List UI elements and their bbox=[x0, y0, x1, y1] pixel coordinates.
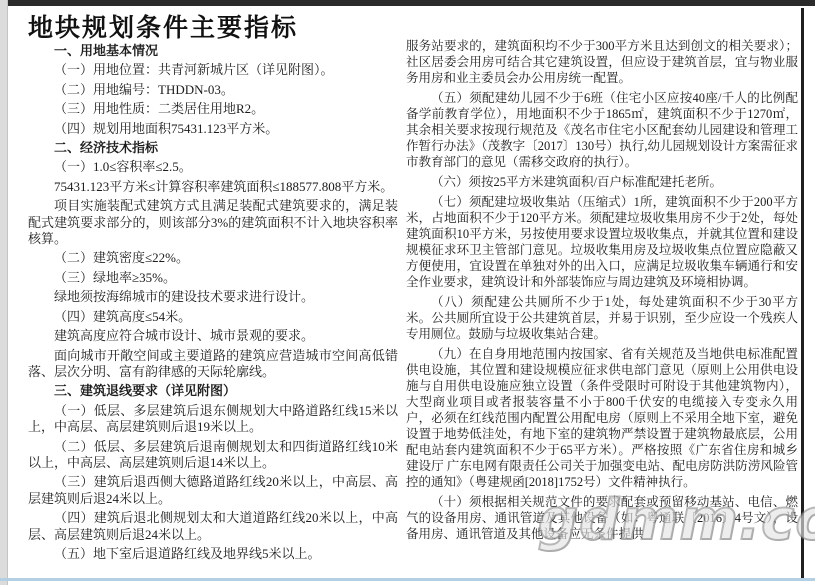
page-title: 地块规划条件主要指标 bbox=[28, 8, 448, 44]
paragraph: （九）在自身用地范围内按国家、省有关规范及当地供电标准配置供电设施，其位置和建设… bbox=[406, 346, 798, 490]
scan-top-edge bbox=[5, 0, 815, 6]
paragraph: （一）1.0≤容积率≤2.5。 bbox=[28, 159, 398, 175]
paragraph: （三）用地性质：二类居住用地R2。 bbox=[28, 101, 398, 117]
right-column: 服务站要求的，建筑面积均不少于300平方米且达到创文的相关要求）；社区居委会用房… bbox=[406, 38, 798, 546]
section-heading: 一、用地基本情况 bbox=[28, 43, 398, 59]
paragraph: 绿地须按海绵城市的建设技术要求进行设计。 bbox=[28, 289, 398, 305]
paragraph: （二）低层、多层建筑后退南侧规划太和四街道路红线10米以上，中高层、高层建筑则后… bbox=[28, 439, 398, 472]
paragraph: （六）须按25平方米建筑面积/百户标准配建托老所。 bbox=[406, 174, 798, 190]
paragraph: （七）须配建垃圾收集站（压缩式）1所，建筑面积不少于200平方米，占地面积不少于… bbox=[406, 194, 798, 290]
section-heading: 二、经济技术指标 bbox=[28, 140, 398, 156]
paragraph: （十）须根据相关规范文件的要求配套或预留移动基站、电信、燃气的设备用房、通讯管道… bbox=[406, 494, 798, 542]
paragraph: （四）建筑高度≤54米。 bbox=[28, 309, 398, 325]
paragraph: （八）须配建公共厕所不少于1处，每处建筑面积不少于30平方米。公共厕所宜设于公共… bbox=[406, 294, 798, 342]
paragraph: （四）建筑后退北侧规划太和大道道路红线20米以上，中高层、高层建筑则后退24米以… bbox=[28, 510, 398, 543]
paragraph: （三）建筑后退西侧大德路道路红线20米以上，中高层、高层建筑则后退24米以上。 bbox=[28, 474, 398, 507]
section-heading: 三、建筑退线要求（详见附图） bbox=[28, 383, 398, 399]
paragraph-continuation: 服务站要求的，建筑面积均不少于300平方米且达到创文的相关要求）；社区居委会用房… bbox=[406, 38, 798, 86]
page-right-border bbox=[801, 8, 804, 579]
page-bottom-rule bbox=[0, 578, 815, 581]
paragraph: 项目实施装配式建筑方式且满足装配式建筑要求的，满足装配式建筑要求部分的，则该部分… bbox=[28, 198, 398, 247]
paragraph: （一）用地位置：共青河新城片区（详见附图）。 bbox=[28, 62, 398, 78]
paragraph: （五）地下室后退道路红线及地界线5米以上。 bbox=[28, 546, 398, 562]
left-column: 一、用地基本情况 （一）用地位置：共青河新城片区（详见附图）。 （二）用地编号：… bbox=[28, 43, 398, 565]
paragraph: （五）须配建幼儿园不少于6班（住宅小区应按40座/千人的比例配备学前教育学位），… bbox=[406, 90, 798, 170]
paragraph: （四）规划用地面积75431.123平方米。 bbox=[28, 121, 398, 137]
paragraph: （三）绿地率≥35%。 bbox=[28, 270, 398, 286]
paragraph: （一）低层、多层建筑后退东侧规划大中路道路红线15米以上，中高层、高层建筑则后退… bbox=[28, 403, 398, 436]
paragraph: 75431.123平方米≤计算容积率建筑面积≤188577.808平方米。 bbox=[28, 179, 398, 195]
scan-left-edge bbox=[0, 0, 8, 585]
paragraph: 建筑高度应符合城市设计、城市景观的要求。 bbox=[28, 328, 398, 344]
paragraph: 面向城市开敞空间或主要道路的建筑应营造城市空间高低错落、层次分明、富有韵律感的天… bbox=[28, 348, 398, 381]
paragraph: （二）用地编号：THDDN-03。 bbox=[28, 82, 398, 98]
paragraph: （二）建筑密度≤22%。 bbox=[28, 250, 398, 266]
